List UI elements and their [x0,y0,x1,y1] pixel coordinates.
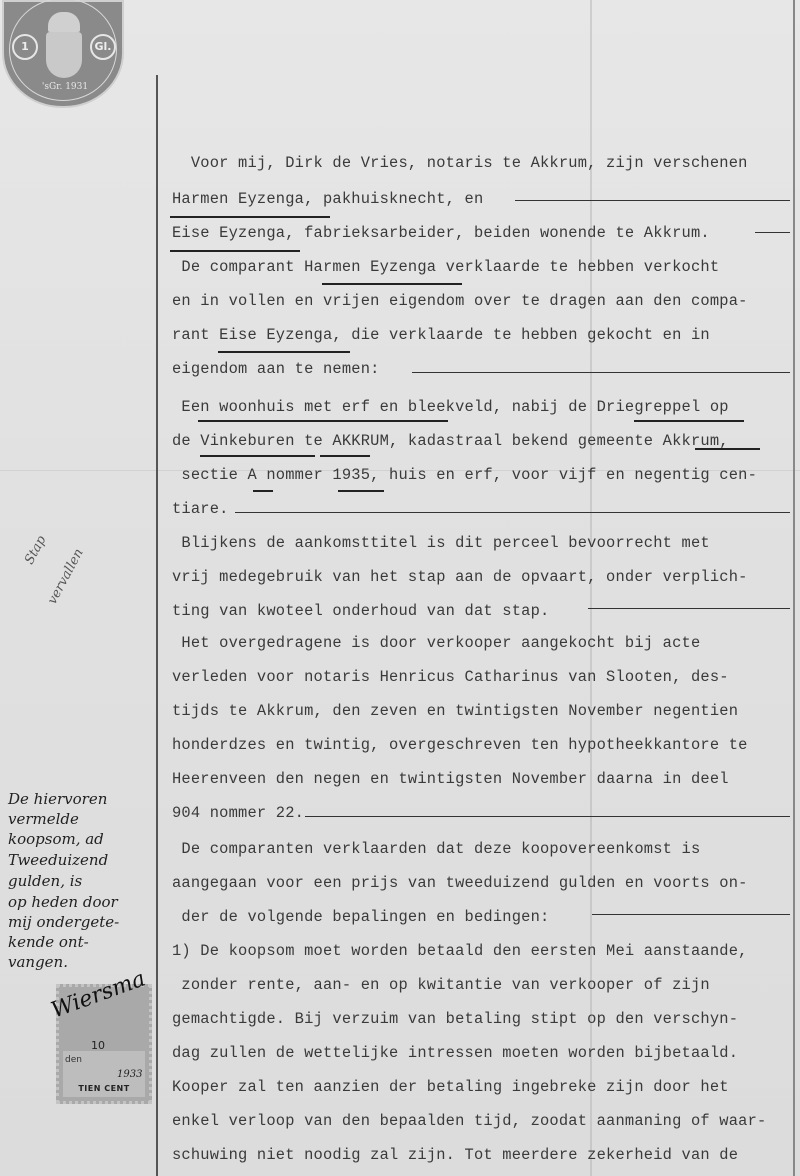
text-line: rant Eise Eyzenga, die verklaarde te heb… [172,324,710,346]
fill-rule [755,232,790,233]
fill-rule [412,372,790,373]
text-line: vrij medegebruik van het stap aan de opv… [172,566,748,588]
seal-value-left: 1 [12,34,38,60]
number-underline [338,490,384,492]
section-underline [253,490,273,492]
margin-note-line: koopsom, ad [8,830,104,849]
left-margin-rule [156,75,158,1176]
fill-rule [592,914,790,915]
text-line: Kooper zal ten aanzien der betaling inge… [172,1076,729,1098]
margin-note-line: kende ont- [8,933,89,952]
margin-note-line: Tweeduizend [8,851,108,870]
vertical-fold-crease [590,0,592,1176]
text-line: Blijkens de aankomsttitel is dit perceel… [172,532,710,554]
text-line: Harmen Eyzenga, pakhuisknecht, en [172,188,483,210]
coat-of-arms-icon [46,32,82,78]
stamp-year: 1933 [117,1069,142,1080]
text-line: Het overgedragene is door verkooper aang… [172,632,700,654]
text-line: Eise Eyzenga, fabrieksarbeider, beiden w… [172,222,710,244]
seal-inscription: 'sGr. 1931 [30,82,100,92]
text-line: tijds te Akkrum, den zeven en twintigste… [172,700,738,722]
fill-rule [235,512,790,513]
place-underline [320,455,370,457]
text-line: eigendom aan te nemen: [172,358,380,380]
text-line: en in vollen en vrijen eigendom over te … [172,290,748,312]
text-line: de Vinkeburen te AKKRUM, kadastraal beke… [172,430,729,452]
place-underline [634,420,744,422]
text-line: dag zullen de wettelijke intressen moete… [172,1042,738,1064]
place-underline [695,448,760,450]
text-line: schuwing niet noodig zal zijn. Tot meerd… [172,1144,738,1166]
text-line: verleden voor notaris Henricus Catharinu… [172,666,729,688]
name-underline [170,216,330,218]
place-underline [200,455,315,457]
text-line: der de volgende bepalingen en bedingen: [172,906,549,928]
fill-rule [515,200,790,201]
revenue-seal-stamp: 1 Gl. 'sGr. 1931 [2,0,124,108]
text-line: tiare. [172,498,229,520]
margin-note-line: De hiervoren [8,790,107,809]
text-line: enkel verloop van den bepaalden tijd, zo… [172,1110,766,1132]
margin-note-stap: Stap [22,533,49,567]
name-underline [170,250,300,252]
margin-note-line: vangen. [8,953,68,972]
text-line: Een woonhuis met erf en bleekveld, nabij… [172,396,729,418]
stamp-den-label: den [65,1055,82,1065]
text-line: aangegaan voor een prijs van tweeduizend… [172,872,748,894]
text-line: Heerenveen den negen en twintigsten Nove… [172,768,729,790]
name-underline [322,283,462,285]
seal-value-right: Gl. [90,34,116,60]
name-underline [218,351,350,353]
text-line: zonder rente, aan- en op kwitantie van v… [172,974,710,996]
text-line: Voor mij, Dirk de Vries, notaris te Akkr… [172,152,748,174]
margin-note-line: gulden, is [8,872,82,891]
text-line: ting van kwoteel onderhoud van dat stap. [172,600,549,622]
fill-rule [305,816,790,817]
crown-icon [48,12,80,32]
page-right-edge [793,0,795,1176]
text-line: De comparanten verklaarden dat deze koop… [172,838,700,860]
notarial-deed-page: 1 Gl. 'sGr. 1931 Voor mij, Dirk de Vries… [0,0,800,1176]
margin-note-line: mij ondergete- [8,913,119,932]
stamp-number: 10 [91,1039,105,1052]
margin-note-line: vermelde [8,810,79,829]
stamp-value: TIEN CENT [59,1084,149,1093]
margin-note-vervallen: vervallen [45,546,87,607]
fill-rule [588,608,790,609]
text-line: De comparant Harmen Eyzenga verklaarde t… [172,256,719,278]
text-line: sectie A nommer 1935, huis en erf, voor … [172,464,757,486]
margin-note-line: op heden door [8,893,118,912]
text-line: honderdzes en twintig, overgeschreven te… [172,734,748,756]
text-line: gemachtigde. Bij verzuim van betaling st… [172,1008,738,1030]
property-underline [198,420,448,422]
text-line: 1) De koopsom moet worden betaald den ee… [172,940,748,962]
text-line: 904 nommer 22. [172,802,304,824]
